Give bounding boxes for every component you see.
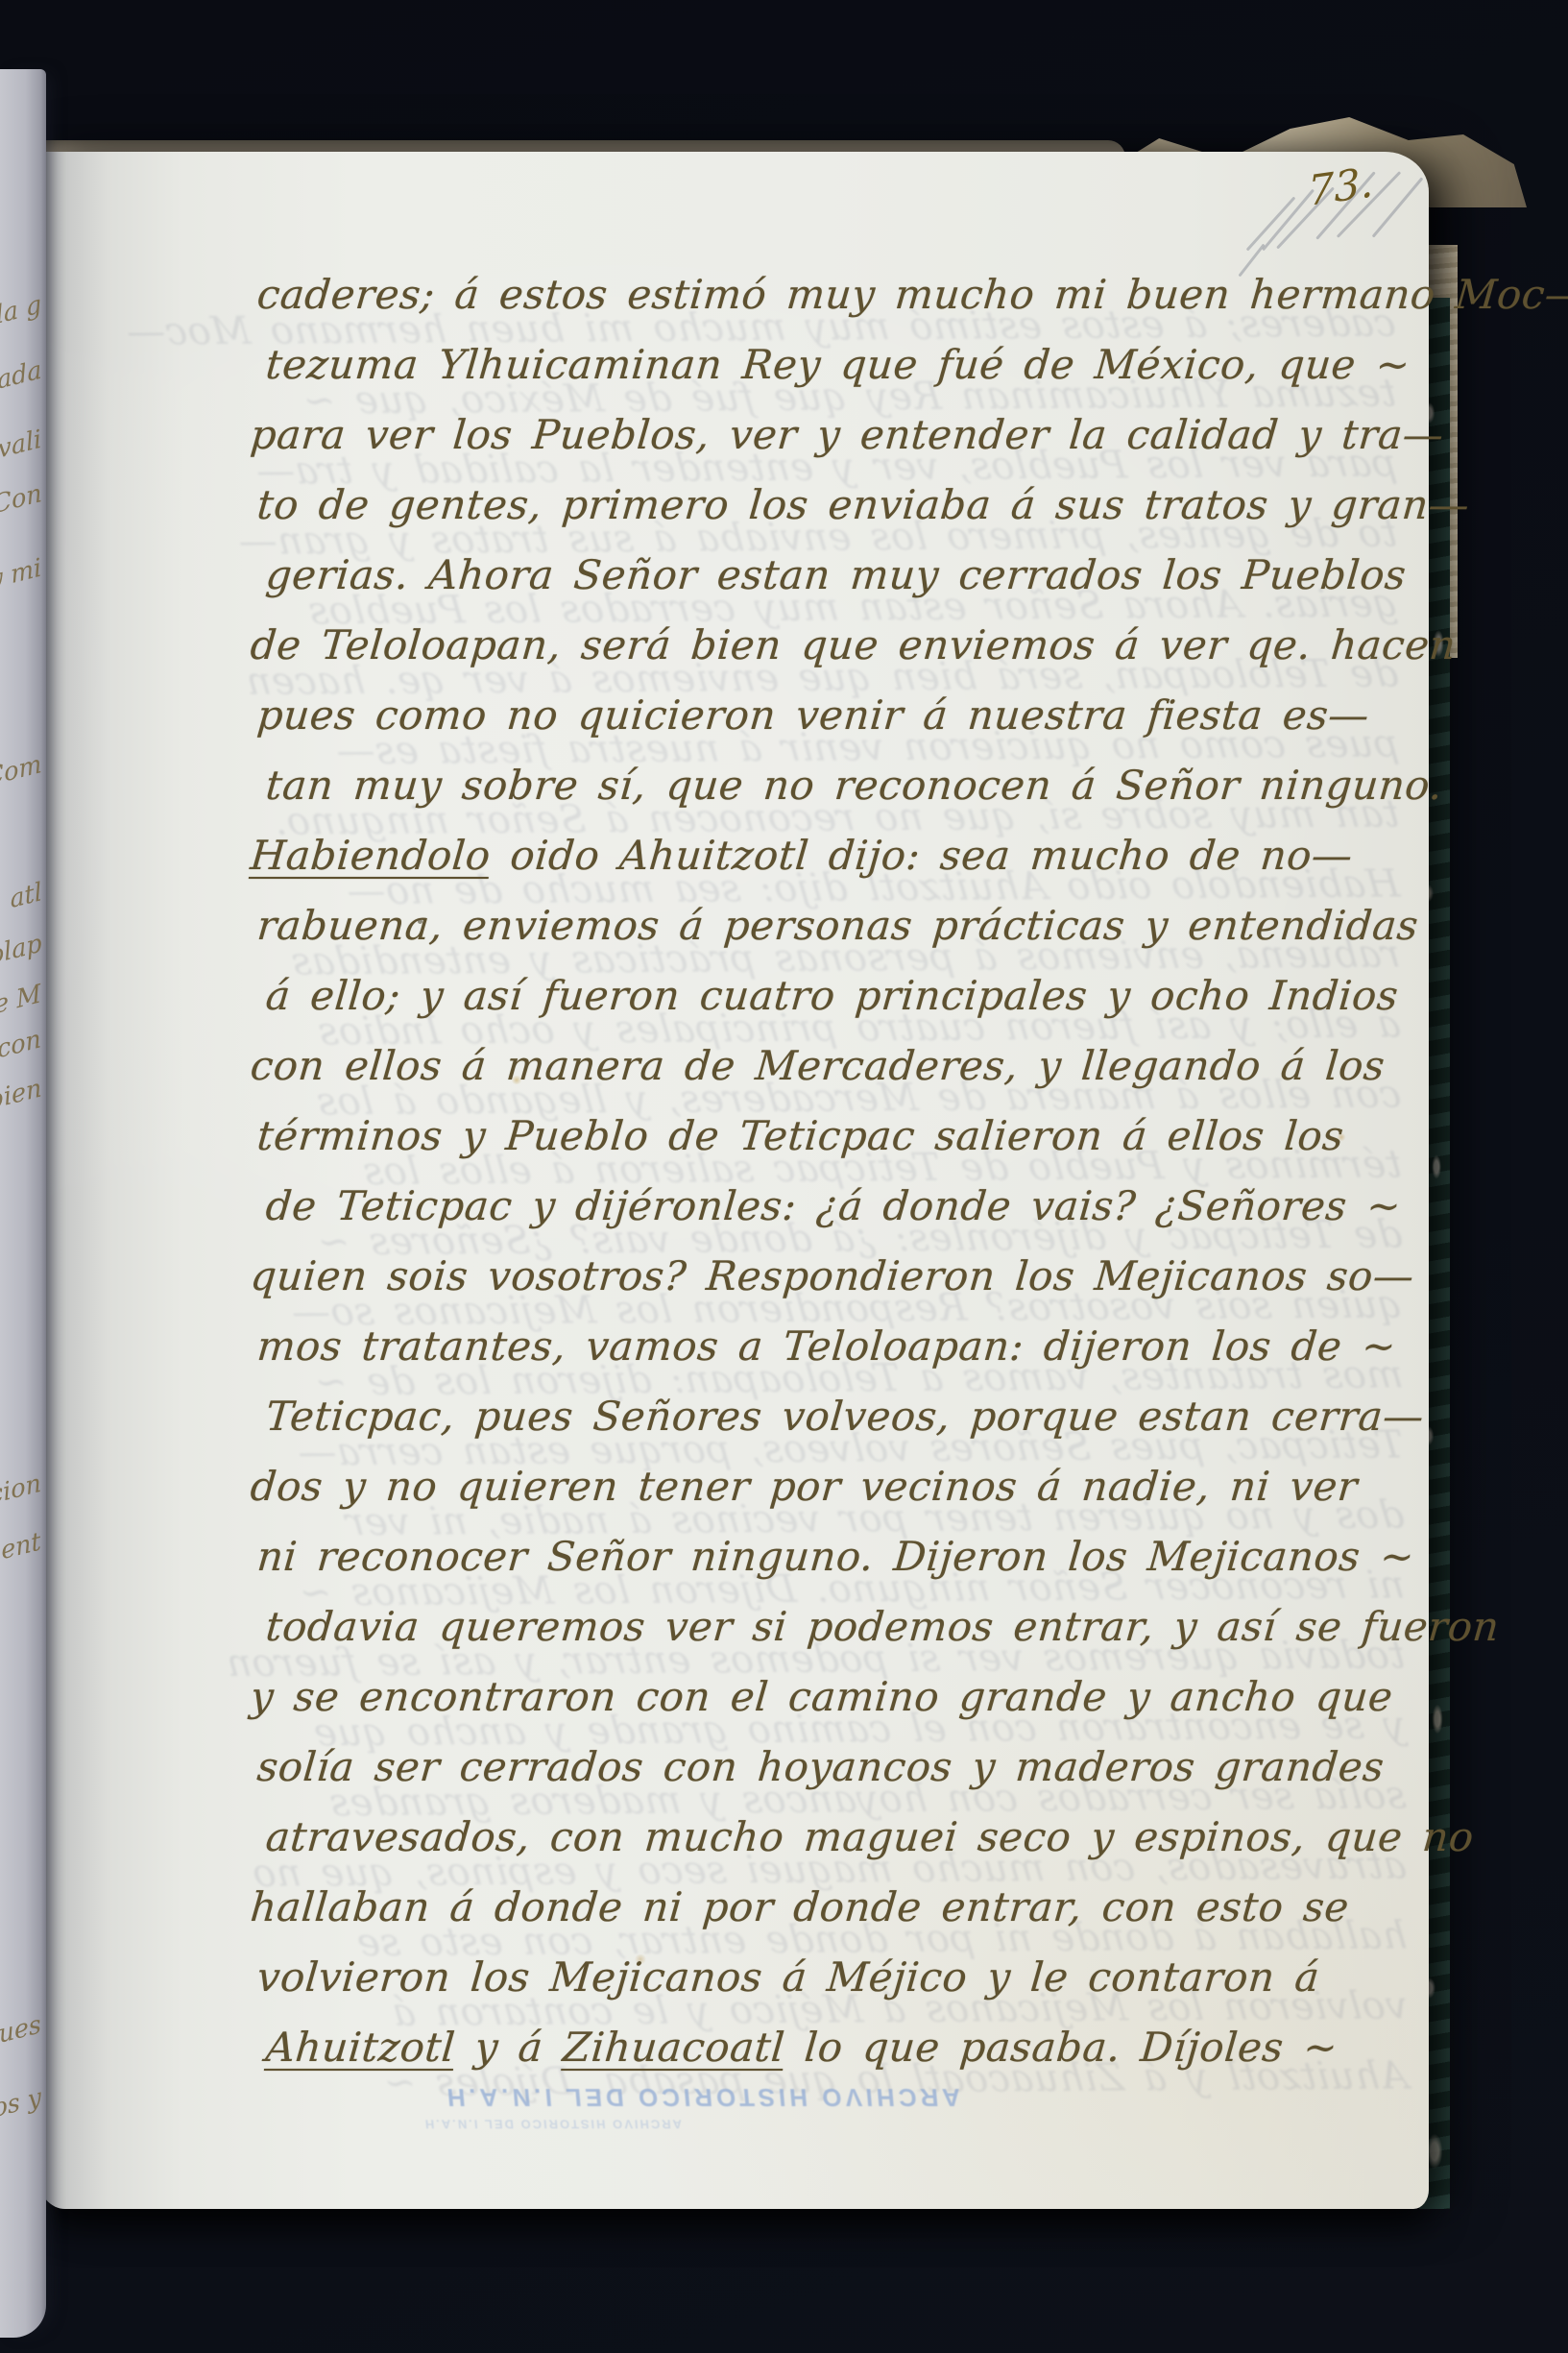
archive-stamp-echo: ARCHIVO HISTORICO DEL I.N.A.H [450,2117,682,2132]
margin-fragment: y ent [0,1527,43,1571]
text-segment: lo que pasaba. Díjoles ~ [783,2024,1339,2071]
manuscript-line: quien sois vosotros? Respondieron los Me… [249,1252,1416,1299]
manuscript-line: para ver los Pueblos, ver y entender la … [249,411,1446,458]
manuscript-line: atravesados, con mucho maguei seco y esp… [264,1813,1476,1860]
margin-fragment: vali [0,425,43,464]
manuscript-line: Habiendolo oido Ahuitzotl dijo: sea much… [249,832,1355,879]
margin-fragment: bien [0,1074,43,1116]
margin-fragment: la g [0,290,43,330]
manuscript-line: con ellos á manera de Mercaderes, y lleg… [249,1042,1387,1089]
manuscript-line: volvieron los Mejicanos á Méjico y le co… [255,1953,1321,2001]
manuscript-line: Ahuitzotl y á Zihuacoatl lo que pasaba. … [264,2024,1340,2071]
manuscript-line: términos y Pueblo de Teticpac salieron á… [255,1112,1346,1159]
margin-fragment: atl [9,878,43,914]
text-segment: oido Ahuitzotl dijo: sea mucho de no— [489,832,1355,879]
manuscript-line: y se encontraron con el camino grande y … [249,1673,1395,1720]
manuscript-line: Teticpac, pues Señores volveos, porque e… [264,1393,1426,1440]
manuscript-photo: la gdadavaliCony miComatllolapde Mreconb… [0,0,1568,2353]
manuscript-line: solía ser cerrados con hoyancos y madero… [255,1743,1387,1790]
manuscript-line: de Teloloapan, será bien que enviemos á … [249,621,1459,668]
margin-fragment: acion [0,1468,43,1514]
manuscript-line: hallaban á donde ni por donde entrar, co… [249,1883,1351,1930]
manuscript-text: caderes; á estos estimó muy mucho mi bue… [257,271,1419,2144]
margin-fragment: Con [0,479,43,521]
manuscript-line: rabuena, enviemos á personas prácticas y… [255,902,1420,949]
margin-fragment: de M [0,980,43,1024]
manuscript-line: pues como no quicieron venir á nuestra f… [255,691,1371,739]
manuscript-line: tan muy sobre sí, que no reconocen á Señ… [264,762,1445,809]
underlined-word: Zihuacoatl [561,2024,786,2071]
manuscript-line: tezuma Ylhuicaminan Rey que fué de Méxic… [264,341,1412,388]
underlined-word: Habiendolo [249,832,493,879]
archive-stamp: ARCHIVO HISTORICO DEL I.N.A.H [498,2082,962,2112]
manuscript-line: ni reconocer Señor ninguno. Dijeron los … [255,1533,1416,1580]
margin-fragment: Com [0,750,43,793]
margin-fragment: as pues [0,2010,42,2062]
margin-fragment: lolap [0,929,43,973]
manuscript-line: mos tratantes, vamos a Teloloapan: dijer… [255,1322,1398,1370]
margin-fragment: recon [0,1025,42,1071]
facing-page-edge: la gdadavaliCony miComatllolapde Mreconb… [0,69,46,2338]
manuscript-line: á ello; y así fueron cuatro principales … [264,972,1400,1019]
manuscript-line: to de gentes, primero los enviaba á sus … [255,481,1472,528]
manuscript-line: gerias. Ahora Señor estan muy cerrados l… [264,551,1409,598]
manuscript-line: todavia queremos ver si podemos entrar, … [264,1603,1502,1650]
folio-number: 73. [1307,158,1373,216]
margin-fragment: y mi [0,553,43,595]
margin-fragment: ienos y [0,2083,42,2133]
text-segment: y á [453,2024,566,2071]
manuscript-line: dos y no quieren tener por vecinos á nad… [249,1463,1360,1510]
underlined-word: Ahuitzotl [264,2024,457,2071]
manuscript-line: de Teticpac y dijéronles: ¿á donde vais?… [264,1182,1404,1229]
manuscript-line: caderes; á estos estimó muy mucho mi bue… [255,271,1568,318]
margin-fragment: dada [0,355,43,400]
